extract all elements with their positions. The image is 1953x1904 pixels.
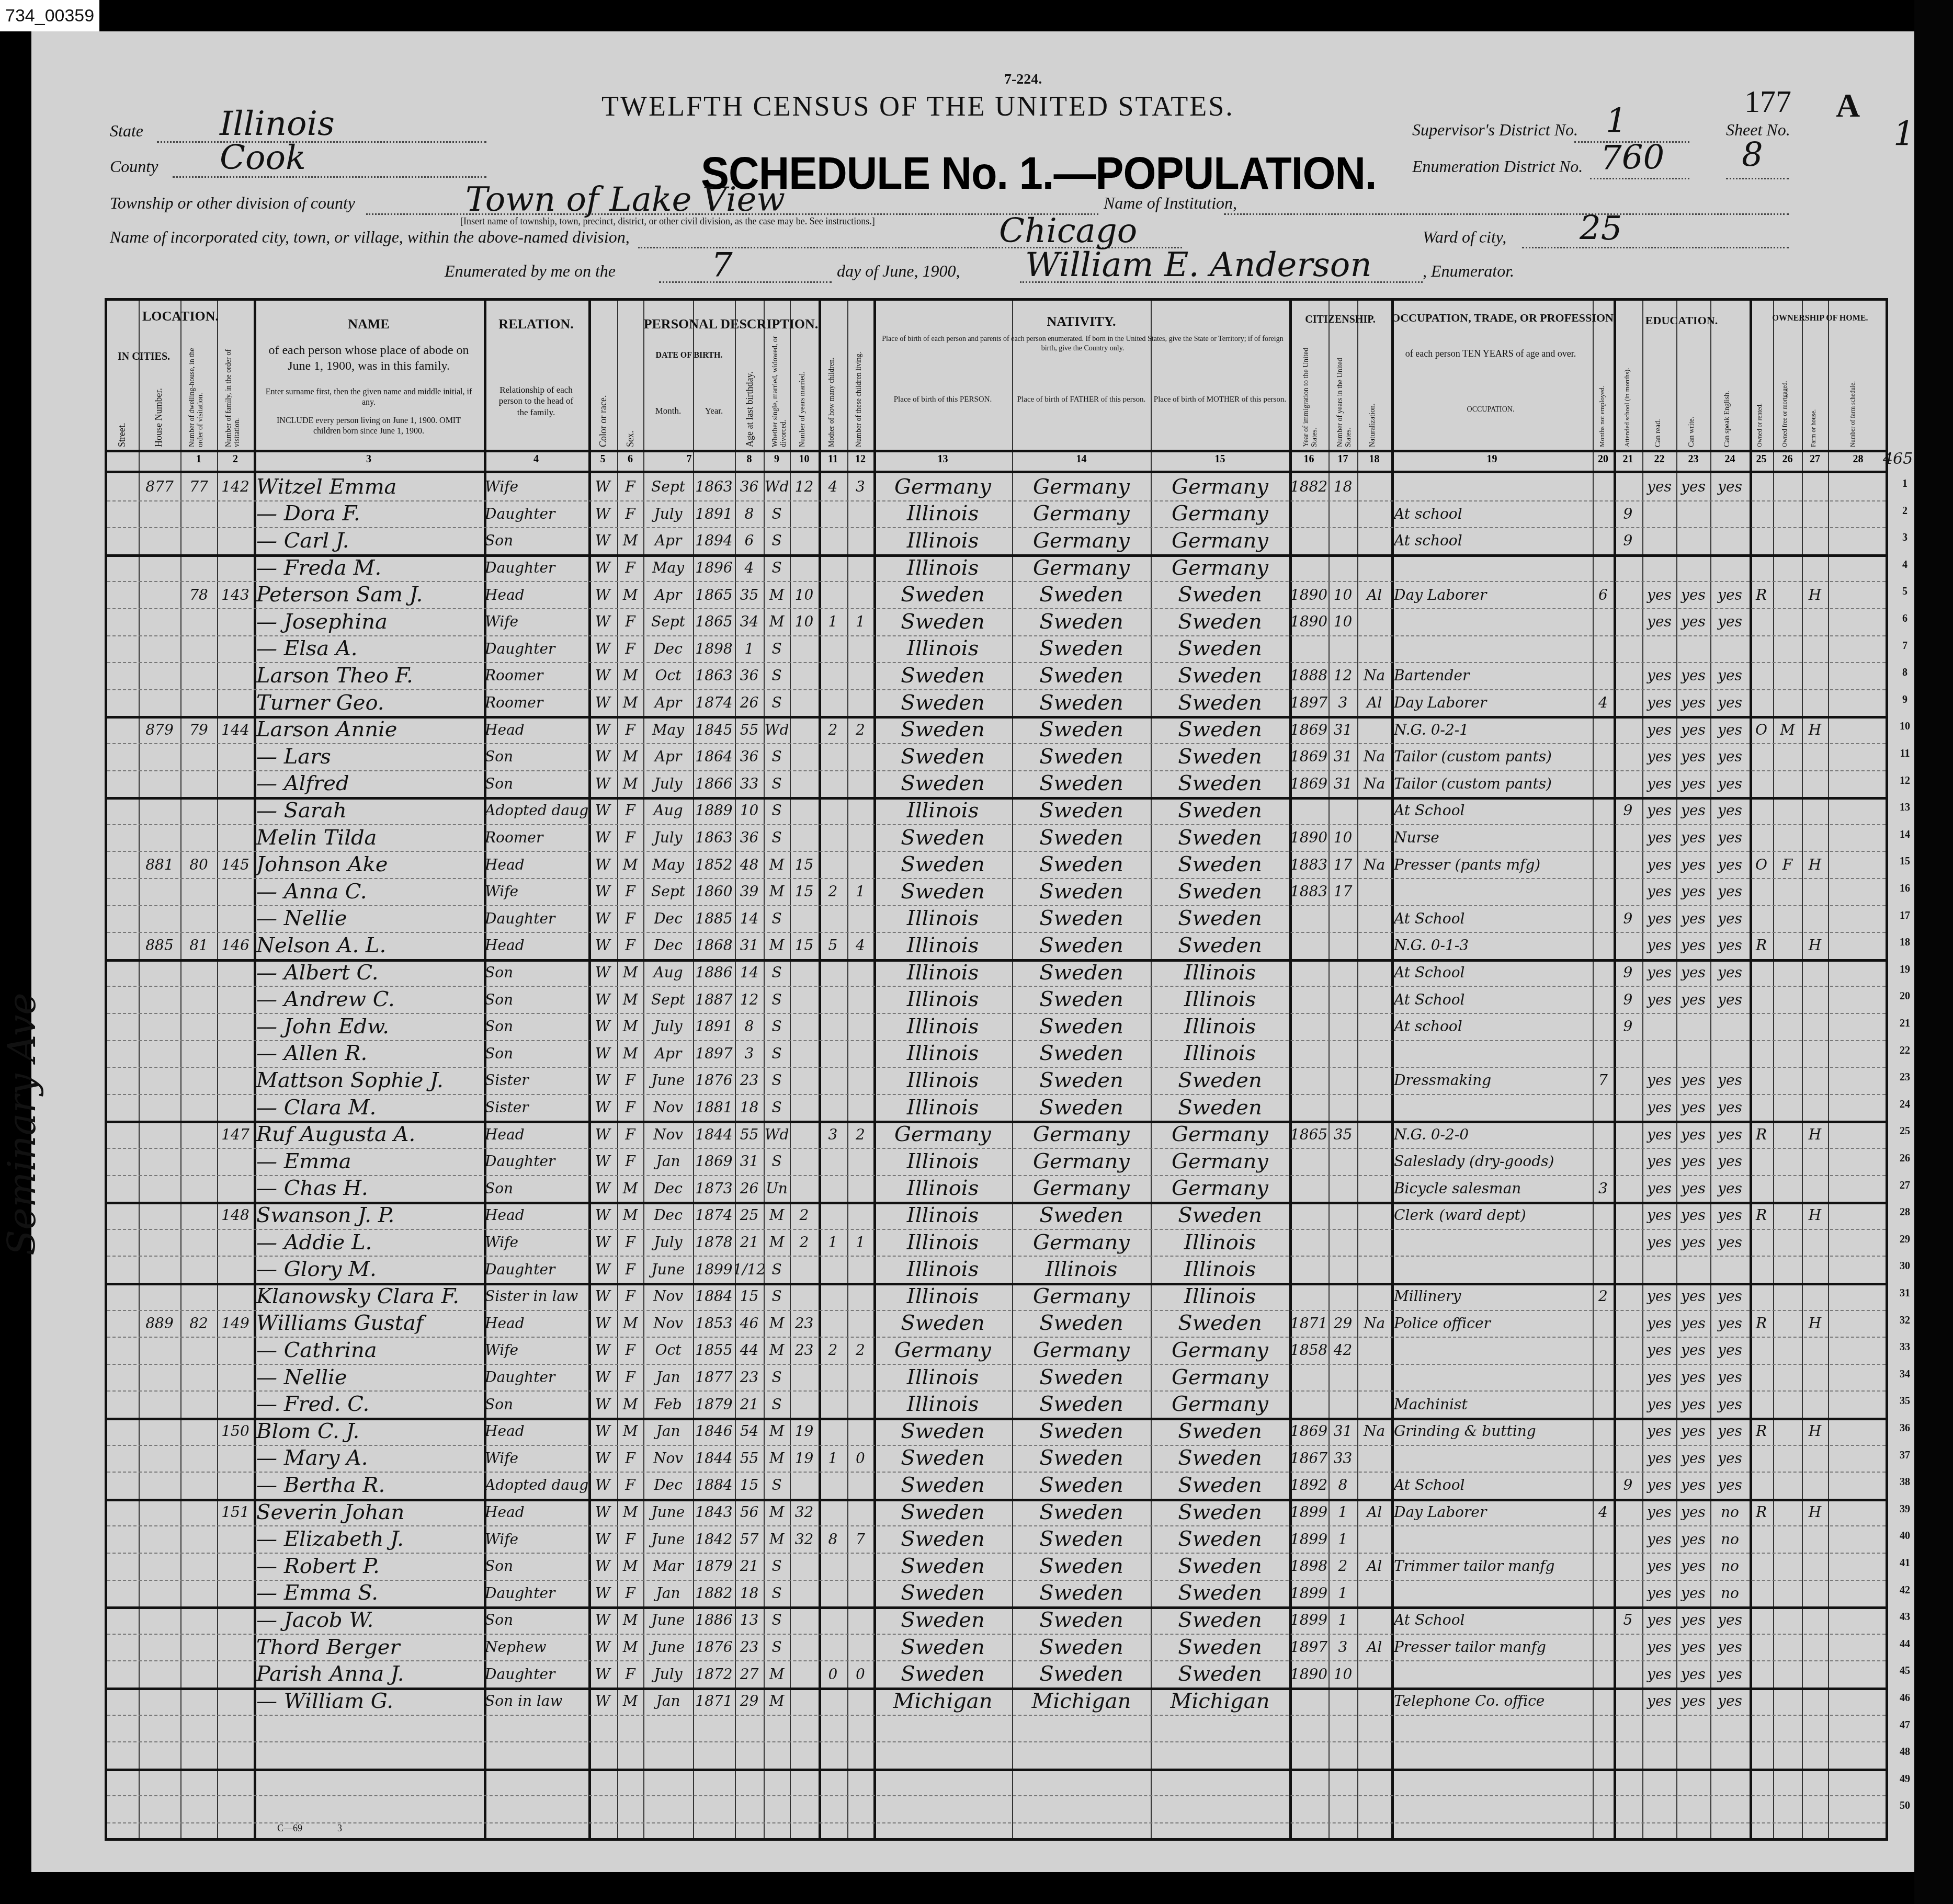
farm-house-cell <box>1802 662 1828 689</box>
immigration-year-cell <box>1289 1688 1329 1715</box>
day-value: 7 <box>711 246 733 284</box>
birth-month-cell: Oct <box>643 662 693 689</box>
children-living-cell <box>847 770 873 797</box>
house-number-cell <box>139 1148 180 1175</box>
marital-status-cell: S <box>764 662 790 689</box>
occupation-cell: Saleslady (dry-goods) <box>1394 1148 1593 1175</box>
nativity-description: Place of birth of each person and parent… <box>881 335 1284 353</box>
can-speak-english-cell <box>1710 1769 1750 1796</box>
months-unemployed-cell <box>1593 1337 1614 1364</box>
can-write-cell <box>1676 1013 1710 1040</box>
family-number-cell <box>217 1390 254 1418</box>
enumeration-district-label: Enumeration District No. <box>1412 157 1583 176</box>
years-in-us-cell <box>1329 1067 1357 1094</box>
children-living-cell <box>847 1067 873 1094</box>
years-in-us-cell: 31 <box>1329 1418 1357 1445</box>
color-cell: W <box>588 554 617 582</box>
name-cell: — Josephina <box>256 608 484 635</box>
family-number-cell <box>217 770 254 797</box>
column-number: 27 <box>1802 453 1828 465</box>
family-number-cell <box>217 527 254 554</box>
relation-cell: Wife <box>485 878 588 905</box>
age-cell: 36 <box>735 473 764 500</box>
naturalization-cell <box>1357 905 1391 932</box>
can-write-cell: yes <box>1676 1688 1710 1715</box>
birthplace-mother-cell: Sweden <box>1151 716 1289 743</box>
owned-rented-cell <box>1750 1688 1773 1715</box>
can-speak-english-cell: yes <box>1710 1283 1750 1310</box>
enumeration-district-value: 760 <box>1600 139 1664 177</box>
attended-school-cell <box>1614 1148 1642 1175</box>
months-unemployed-cell <box>1593 770 1614 797</box>
months-unemployed-cell <box>1593 1795 1614 1822</box>
naturalization-cell: Al <box>1357 1553 1391 1580</box>
table-row: — Jacob W.SonWMJune188613SSwedenSwedenSw… <box>107 1606 1886 1634</box>
naturalization-cell <box>1357 635 1391 663</box>
sex-cell: M <box>617 743 643 770</box>
age-cell: 36 <box>735 824 764 851</box>
mother-of-cell <box>819 1418 847 1445</box>
children-living-cell <box>847 500 873 528</box>
dwelling-number-cell <box>180 905 217 932</box>
marital-status-cell: S <box>764 635 790 663</box>
attended-school-cell <box>1614 851 1642 878</box>
farm-house-cell <box>1802 500 1828 528</box>
birthplace-person-cell: Sweden <box>873 743 1012 770</box>
farm-house-cell: H <box>1802 932 1828 959</box>
can-write-header: Can write. <box>1688 384 1696 447</box>
birthplace-father-cell: Germany <box>1012 1148 1151 1175</box>
immigration-year-cell: 1858 <box>1289 1337 1329 1364</box>
name-cell: — Emma S. <box>256 1580 484 1607</box>
birthplace-person-cell: Sweden <box>873 824 1012 851</box>
owned-rented-cell <box>1750 1660 1773 1688</box>
relation-cell: Daughter <box>485 1580 588 1607</box>
can-write-cell: yes <box>1676 878 1710 905</box>
age-cell: 56 <box>735 1499 764 1526</box>
immigration-year-cell <box>1289 1013 1329 1040</box>
children-living-cell <box>847 1499 873 1526</box>
mother-of-cell <box>819 662 847 689</box>
birth-month-cell <box>643 1795 693 1822</box>
birth-month-cell: Nov <box>643 1283 693 1310</box>
birthplace-father-cell: Sweden <box>1012 1364 1151 1391</box>
owned-rented-cell <box>1750 1769 1773 1796</box>
birthplace-father-cell: Sweden <box>1012 932 1151 959</box>
age-cell: 18 <box>735 1580 764 1607</box>
marital-status-cell: Wd <box>764 716 790 743</box>
can-read-cell: yes <box>1642 1525 1676 1553</box>
birth-month-cell <box>643 1741 693 1769</box>
mother-of-cell <box>819 1256 847 1283</box>
color-cell <box>588 1741 617 1769</box>
dwelling-number-cell <box>180 1472 217 1499</box>
age-cell: 55 <box>735 1445 764 1472</box>
age-cell: 23 <box>735 1634 764 1661</box>
birthplace-mother-cell: Sweden <box>1151 1202 1289 1229</box>
immigration-year-cell <box>1289 1067 1329 1094</box>
can-read-cell: yes <box>1642 1580 1676 1607</box>
naturalization-cell <box>1357 1715 1391 1742</box>
relation-cell: Son <box>485 743 588 770</box>
immigration-year-cell: 1869 <box>1289 770 1329 797</box>
free-mortgaged-cell <box>1773 1310 1802 1337</box>
immigration-year-cell <box>1289 1769 1329 1796</box>
birth-year-cell: 1863 <box>693 473 735 500</box>
years-married-cell: 10 <box>790 581 819 608</box>
occupation-cell: Bicycle salesman <box>1394 1175 1593 1202</box>
birthplace-person-cell <box>873 1795 1012 1822</box>
attended-school-cell <box>1614 608 1642 635</box>
sex-cell: F <box>617 1580 643 1607</box>
name-cell: — Freda M. <box>256 554 484 582</box>
birth-year-cell: 1874 <box>693 1202 735 1229</box>
family-number-cell <box>217 1795 254 1822</box>
relation-cell: Roomer <box>485 824 588 851</box>
children-living-cell <box>847 1283 873 1310</box>
months-unemployed-cell <box>1593 500 1614 528</box>
can-read-cell <box>1642 1769 1676 1796</box>
years-in-us-cell: 42 <box>1329 1337 1357 1364</box>
name-cell: Blom C. J. <box>256 1418 484 1445</box>
house-number-cell <box>139 797 180 824</box>
birthplace-mother-cell: Sweden <box>1151 689 1289 716</box>
owned-rented-cell <box>1750 1606 1773 1634</box>
years-married-header: Number of years married. <box>799 332 807 447</box>
mother-of-cell <box>819 635 847 663</box>
years-in-us-cell: 12 <box>1329 662 1357 689</box>
farm-house-cell <box>1802 1256 1828 1283</box>
children-living-cell <box>847 527 873 554</box>
column-number: 2 <box>217 453 254 465</box>
mother-of-cell <box>819 1688 847 1715</box>
birthplace-person-cell: Sweden <box>873 1553 1012 1580</box>
can-read-cell: yes <box>1642 1067 1676 1094</box>
relation-cell: Head <box>485 1202 588 1229</box>
naturalization-cell <box>1357 1148 1391 1175</box>
birthplace-mother-cell: Sweden <box>1151 1472 1289 1499</box>
marital-status-cell: M <box>764 581 790 608</box>
marital-status-cell: S <box>764 824 790 851</box>
birth-year-cell: 1869 <box>693 1148 735 1175</box>
name-cell: — Jacob W. <box>256 1606 484 1634</box>
owned-rented-cell <box>1750 1390 1773 1418</box>
sex-cell: F <box>617 1472 643 1499</box>
image-id-label: 734_00359 <box>0 0 99 31</box>
sex-cell: F <box>617 500 643 528</box>
row-divider <box>107 1822 1886 1823</box>
attended-school-cell <box>1614 1283 1642 1310</box>
birth-year-cell: 1894 <box>693 527 735 554</box>
can-read-cell: yes <box>1642 1202 1676 1229</box>
age-cell: 12 <box>735 986 764 1013</box>
table-row: Melin TildaRoomerWFJuly186336SSwedenSwed… <box>107 824 1886 851</box>
dwelling-number-cell <box>180 1715 217 1742</box>
house-number-cell: 881 <box>139 851 180 878</box>
years-in-us-cell: 8 <box>1329 1472 1357 1499</box>
dwelling-number-cell <box>180 689 217 716</box>
immigration-year-cell: 1869 <box>1289 743 1329 770</box>
institution-label: Name of Institution, <box>1104 193 1237 213</box>
free-mortgaged-cell <box>1773 797 1802 824</box>
attended-school-cell <box>1614 824 1642 851</box>
sex-cell: M <box>617 1175 643 1202</box>
can-speak-english-cell <box>1710 1040 1750 1067</box>
family-number-cell <box>217 1553 254 1580</box>
age-cell: 10 <box>735 797 764 824</box>
birthplace-father-cell: Sweden <box>1012 1553 1151 1580</box>
age-cell: 4 <box>735 554 764 582</box>
years-in-us-cell: 17 <box>1329 878 1357 905</box>
years-married-cell <box>790 986 819 1013</box>
family-number-cell <box>217 1094 254 1121</box>
owned-rented-cell <box>1750 1741 1773 1769</box>
can-speak-english-cell: yes <box>1710 797 1750 824</box>
naturalization-cell <box>1357 1256 1391 1283</box>
house-number-cell <box>139 1715 180 1742</box>
header-name: NAME <box>254 316 484 337</box>
immigration-year-cell: 1899 <box>1289 1525 1329 1553</box>
dwelling-number-cell <box>180 797 217 824</box>
table-row: — NellieDaughterWFDec188514SIllinoisSwed… <box>107 905 1886 932</box>
naturalization-cell <box>1357 1445 1391 1472</box>
name-description: of each person whose place of abode on J… <box>264 343 473 374</box>
relation-cell: Daughter <box>485 635 588 663</box>
birthplace-mother-cell: Sweden <box>1151 1067 1289 1094</box>
date-of-birth-header: DATE OF BIRTH. <box>643 350 735 361</box>
naturalization-cell <box>1357 878 1391 905</box>
occupation-cell: At School <box>1394 1472 1593 1499</box>
years-in-us-cell: 35 <box>1329 1121 1357 1148</box>
sex-cell: F <box>617 1660 643 1688</box>
mother-of-cell <box>819 689 847 716</box>
birthplace-mother-cell: Sweden <box>1151 1310 1289 1337</box>
birth-year-cell: 1860 <box>693 878 735 905</box>
age-cell: 48 <box>735 851 764 878</box>
name-cell: — Dora F. <box>256 500 484 528</box>
table-row: — Andrew C.SonWMSept188712SIllinoisSwede… <box>107 986 1886 1013</box>
table-row: — Anna C.WifeWFSept186039M1521SwedenSwed… <box>107 878 1886 905</box>
owned-rented-cell <box>1750 1525 1773 1553</box>
months-unemployed-cell <box>1593 1148 1614 1175</box>
birth-month-cell: Jan <box>643 1418 693 1445</box>
farm-house-cell <box>1802 1606 1828 1634</box>
months-unemployed-cell <box>1593 1229 1614 1256</box>
birthplace-person-cell: Sweden <box>873 851 1012 878</box>
house-number-cell: 879 <box>139 716 180 743</box>
family-number-cell <box>217 986 254 1013</box>
owned-rented-cell <box>1750 1337 1773 1364</box>
farm-house-cell: H <box>1802 851 1828 878</box>
age-cell <box>735 1715 764 1742</box>
house-number-cell <box>139 500 180 528</box>
children-living-cell: 2 <box>847 716 873 743</box>
free-mortgaged-cell <box>1773 1390 1802 1418</box>
marital-status-cell: S <box>764 905 790 932</box>
occupation-cell: Telephone Co. office <box>1394 1688 1593 1715</box>
birthplace-mother-cell <box>1151 1741 1289 1769</box>
birthplace-father-cell: Sweden <box>1012 1525 1151 1553</box>
dwelling-number-cell <box>180 1229 217 1256</box>
table-row: — SarahAdopted daughterWFAug188910SIllin… <box>107 797 1886 824</box>
birthplace-father-cell: Sweden <box>1012 1202 1151 1229</box>
family-number-cell <box>217 1040 254 1067</box>
immigration-year-cell: 1890 <box>1289 581 1329 608</box>
house-number-cell <box>139 689 180 716</box>
years-married-cell <box>790 1390 819 1418</box>
can-read-cell: yes <box>1642 959 1676 986</box>
naturalization-cell: Na <box>1357 770 1391 797</box>
children-living-cell <box>847 1390 873 1418</box>
family-number-cell <box>217 797 254 824</box>
children-living-cell <box>847 1256 873 1283</box>
relation-cell: Head <box>485 716 588 743</box>
house-number-cell <box>139 1256 180 1283</box>
sex-cell: F <box>617 716 643 743</box>
naturalization-cell <box>1357 1121 1391 1148</box>
birthplace-mother-cell <box>1151 1795 1289 1822</box>
birthplace-father-cell: Sweden <box>1012 878 1151 905</box>
birthplace-father-cell: Sweden <box>1012 716 1151 743</box>
mother-of-cell <box>819 743 847 770</box>
free-mortgaged-cell <box>1773 905 1802 932</box>
color-cell: W <box>588 1525 617 1553</box>
birth-year-cell: 1887 <box>693 986 735 1013</box>
table-row: — Mary A.WifeWFNov184455M1910SwedenSwede… <box>107 1445 1886 1472</box>
can-speak-english-cell: yes <box>1710 662 1750 689</box>
birth-month-cell: Nov <box>643 1445 693 1472</box>
free-mortgaged-cell <box>1773 473 1802 500</box>
attended-school-cell <box>1614 1040 1642 1067</box>
mother-of-cell <box>819 500 847 528</box>
attended-school-cell <box>1614 1364 1642 1391</box>
dwelling-number-cell <box>180 1364 217 1391</box>
can-read-cell: yes <box>1642 1472 1676 1499</box>
age-cell: 21 <box>735 1390 764 1418</box>
dwelling-number-cell <box>180 1553 217 1580</box>
family-number-cell: 149 <box>217 1310 254 1337</box>
can-write-cell: yes <box>1676 851 1710 878</box>
immigration-year-cell: 1897 <box>1289 1634 1329 1661</box>
attended-school-cell <box>1614 1445 1642 1472</box>
name-instruction-2: INCLUDE every person living on June 1, 1… <box>264 416 473 437</box>
immigration-year-cell: 1888 <box>1289 662 1329 689</box>
birth-year-cell: 1884 <box>693 1283 735 1310</box>
header-education: EDUCATION. <box>1614 314 1750 335</box>
months-unemployed-cell <box>1593 743 1614 770</box>
color-header: Color or race. <box>598 369 609 447</box>
naturalization-cell <box>1357 1660 1391 1688</box>
township-label: Township or other division of county <box>110 193 355 213</box>
birthplace-father-cell: Sweden <box>1012 608 1151 635</box>
marital-status-cell: M <box>764 608 790 635</box>
sex-cell <box>617 1715 643 1742</box>
years-in-us-cell <box>1329 1256 1357 1283</box>
owned-rented-cell <box>1750 1634 1773 1661</box>
dwelling-number-cell <box>180 743 217 770</box>
marital-status-cell <box>764 1715 790 1742</box>
free-mortgaged-cell <box>1773 1688 1802 1715</box>
birth-month-cell: Jan <box>643 1580 693 1607</box>
owned-rented-cell <box>1750 527 1773 554</box>
birth-month-cell: Jan <box>643 1148 693 1175</box>
color-cell <box>588 1769 617 1796</box>
name-cell <box>256 1715 484 1742</box>
immigration-year-cell: 1869 <box>1289 1418 1329 1445</box>
color-cell: W <box>588 1553 617 1580</box>
age-cell: 6 <box>735 527 764 554</box>
sex-cell: M <box>617 662 643 689</box>
relation-cell: Head <box>485 581 588 608</box>
birthplace-mother-cell: Illinois <box>1151 1283 1289 1310</box>
family-number-cell: 150 <box>217 1418 254 1445</box>
birthplace-mother-cell: Germany <box>1151 1390 1289 1418</box>
can-read-cell <box>1642 554 1676 582</box>
house-number-cell: 889 <box>139 1310 180 1337</box>
free-mortgaged-cell <box>1773 1418 1802 1445</box>
naturalization-cell <box>1357 959 1391 986</box>
can-write-cell <box>1676 1769 1710 1796</box>
children-living-cell: 1 <box>847 1229 873 1256</box>
birthplace-mother-cell: Germany <box>1151 1337 1289 1364</box>
farm-house-cell <box>1802 1580 1828 1607</box>
children-living-cell <box>847 554 873 582</box>
months-unemployed-cell <box>1593 1013 1614 1040</box>
years-married-cell: 2 <box>790 1202 819 1229</box>
children-living-cell <box>847 1715 873 1742</box>
birth-month-cell: July <box>643 1013 693 1040</box>
can-write-cell: yes <box>1676 932 1710 959</box>
birthplace-mother-cell: Sweden <box>1151 1634 1289 1661</box>
birthplace-mother-cell: Sweden <box>1151 824 1289 851</box>
can-speak-english-cell <box>1710 1013 1750 1040</box>
immigration-year-cell: 1867 <box>1289 1445 1329 1472</box>
free-mortgaged-cell <box>1773 932 1802 959</box>
months-unemployed-cell <box>1593 851 1614 878</box>
dwelling-number-cell <box>180 1067 217 1094</box>
years-in-us-cell <box>1329 1688 1357 1715</box>
years-in-us-cell: 18 <box>1329 473 1357 500</box>
naturalization-cell <box>1357 1741 1391 1769</box>
occupation-cell: Day Laborer <box>1394 581 1593 608</box>
free-mortgaged-cell <box>1773 1364 1802 1391</box>
family-number-cell <box>217 1364 254 1391</box>
relation-cell: Son <box>485 770 588 797</box>
naturalization-cell <box>1357 500 1391 528</box>
age-cell: 31 <box>735 1148 764 1175</box>
farm-house-cell <box>1802 1769 1828 1796</box>
birthplace-person-cell: Illinois <box>873 1013 1012 1040</box>
naturalization-cell <box>1357 1580 1391 1607</box>
can-write-cell: yes <box>1676 473 1710 500</box>
years-married-cell <box>790 959 819 986</box>
house-number-cell <box>139 905 180 932</box>
dwelling-number-cell: 77 <box>180 473 217 500</box>
street-header: Street. <box>117 384 128 447</box>
mother-of-header: Mother of how many children. <box>828 332 836 447</box>
free-mortgaged-cell <box>1773 1202 1802 1229</box>
can-speak-english-cell <box>1710 635 1750 663</box>
color-cell: W <box>588 1256 617 1283</box>
immigration-year-cell: 1892 <box>1289 1472 1329 1499</box>
house-number-cell <box>139 1040 180 1067</box>
table-row: — NellieDaughterWFJan187723SIllinoisSwed… <box>107 1364 1886 1391</box>
years-in-us-cell <box>1329 1148 1357 1175</box>
marital-status-cell: S <box>764 1634 790 1661</box>
dwelling-number-cell <box>180 608 217 635</box>
occupation-cell: Tailor (custom pants) <box>1394 743 1593 770</box>
months-unemployed-cell <box>1593 1121 1614 1148</box>
